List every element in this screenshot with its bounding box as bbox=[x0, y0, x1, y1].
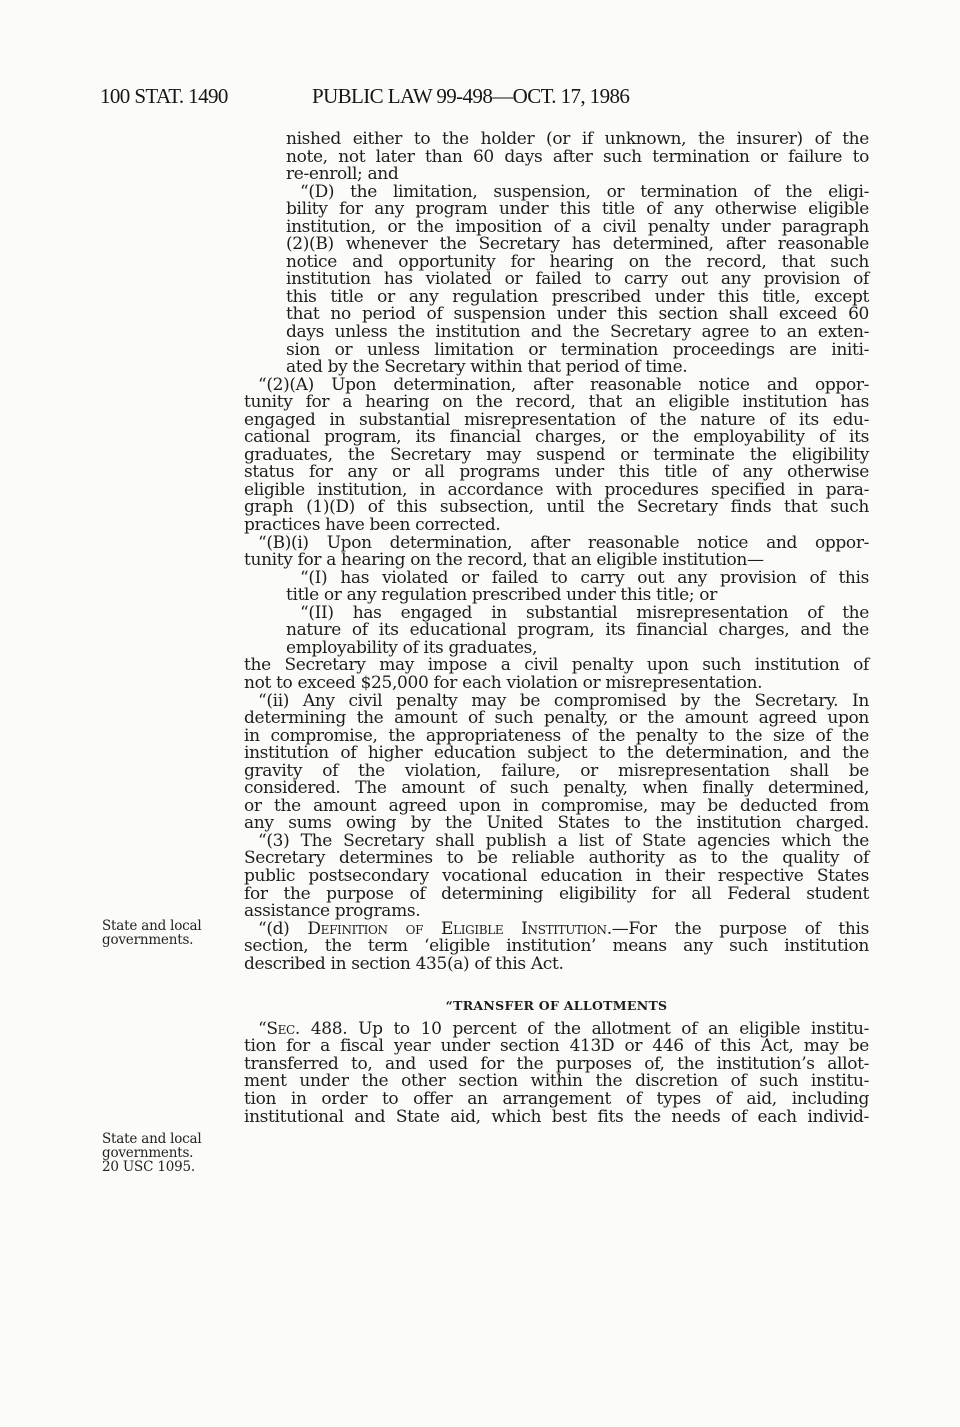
text-line: re-enroll; and bbox=[244, 166, 869, 184]
statute-body: nished either to the holder (or if unkno… bbox=[244, 131, 869, 1126]
section-heading: “TRANSFER OF ALLOTMENTS bbox=[244, 997, 869, 1015]
margin-note-line: governments. bbox=[102, 933, 201, 947]
page-title: PUBLIC LAW 99-498—OCT. 17, 1986 bbox=[312, 84, 629, 109]
text-line: determining the amount of such penalty, … bbox=[244, 710, 869, 728]
margin-note-line: 20 USC 1095. bbox=[102, 1160, 201, 1174]
page-reference: 100 STAT. 1490 bbox=[100, 84, 228, 109]
text-line: not to exceed $25,000 for each violation… bbox=[244, 675, 869, 693]
text-line: days unless the institution and the Secr… bbox=[244, 324, 869, 342]
text-line: practices have been corrected. bbox=[244, 517, 869, 535]
text-line: described in section 435(a) of this Act. bbox=[244, 956, 869, 974]
margin-note-line: governments. bbox=[102, 1146, 201, 1160]
text-line: institutional and State aid, which best … bbox=[244, 1109, 869, 1127]
text-line: tion in order to offer an arrangement of… bbox=[244, 1091, 869, 1109]
margin-note-state-local: State and local governments. bbox=[102, 919, 201, 947]
text-line: public postsecondary vocational educatio… bbox=[244, 868, 869, 886]
text-line: nished either to the holder (or if unkno… bbox=[244, 131, 869, 149]
margin-note-state-local-usc: State and local governments. 20 USC 1095… bbox=[102, 1132, 201, 1174]
margin-note-line: State and local bbox=[102, 1132, 201, 1146]
margin-note-line: State and local bbox=[102, 919, 201, 933]
